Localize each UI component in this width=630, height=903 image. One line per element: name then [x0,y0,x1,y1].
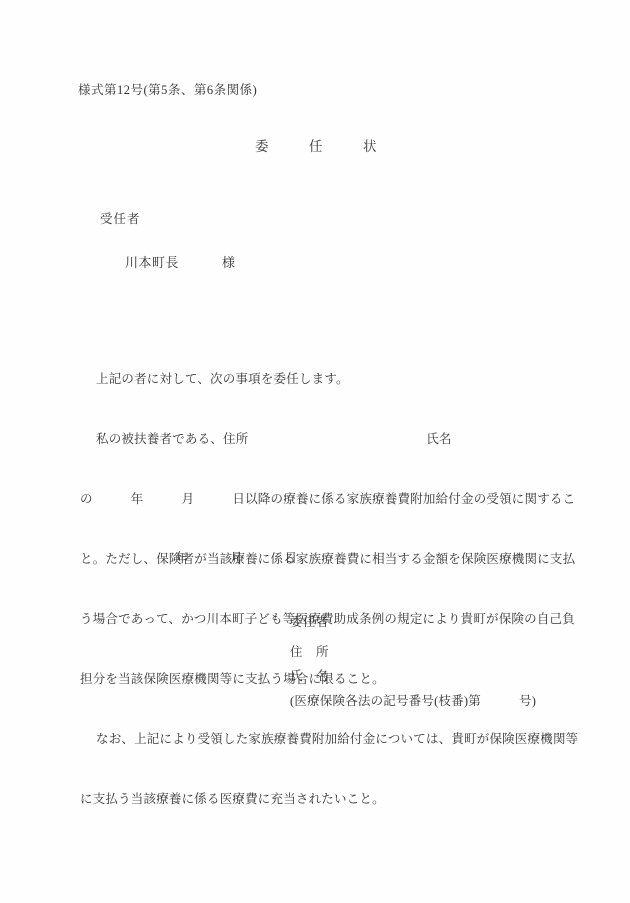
body-text: 上記の者に対して、次の事項を委任します。 私の被扶養者である、住所 氏名 の 年… [80,329,585,849]
body-line-5: う場合であって、かつ川本町子ども等医療費助成条例の規定により貴町が保険の自己負 [80,609,585,629]
body-line-8: に支払う当該療養に係る医療費に充当されたいこと。 [80,789,585,809]
day-label: 日 [285,551,298,565]
recipient-label: 受任者 [100,209,141,227]
body-line-1: 上記の者に対して、次の事項を委任します。 [80,369,585,389]
body-line-2: 私の被扶養者である、住所 氏名 [80,429,585,449]
body-line-4: と。ただし、保険者が当該療養に係る家族療養費に相当する金額を保険医療機関に支払 [80,549,585,569]
insurance-number-line: (医療保険各法の記号番号(枝番)第 号) [290,691,536,709]
name-label: 氏 名 [290,666,329,684]
address-label: 住 所 [290,642,329,660]
recipient-honorific: 様 [222,255,236,270]
body-line-7: なお、上記により受領した家族療養費附加給付金については、貴町が保険医療機関等 [80,729,585,749]
body-line-3: の 年 月 日以降の療養に係る家族療養費附加給付金の受領に関するこ [80,489,585,509]
date-line: 年月日 [163,533,297,581]
document-title: 委 任 状 [255,135,377,155]
month-label: 月 [230,551,243,565]
recipient-line: 川本町長様 [110,236,236,287]
body-line-6: 担分を当該保険医療機関等に支払う場合に限ること。 [80,669,585,689]
form-number: 様式第12号(第5条、第6条関係) [78,80,257,98]
year-label: 年 [176,551,189,565]
recipient-name: 川本町長 [125,255,179,270]
document-page: 様式第12号(第5条、第6条関係) 委 任 状 受任者 川本町長様 上記の者に対… [0,0,630,903]
delegator-label: 委任者 [290,612,329,630]
